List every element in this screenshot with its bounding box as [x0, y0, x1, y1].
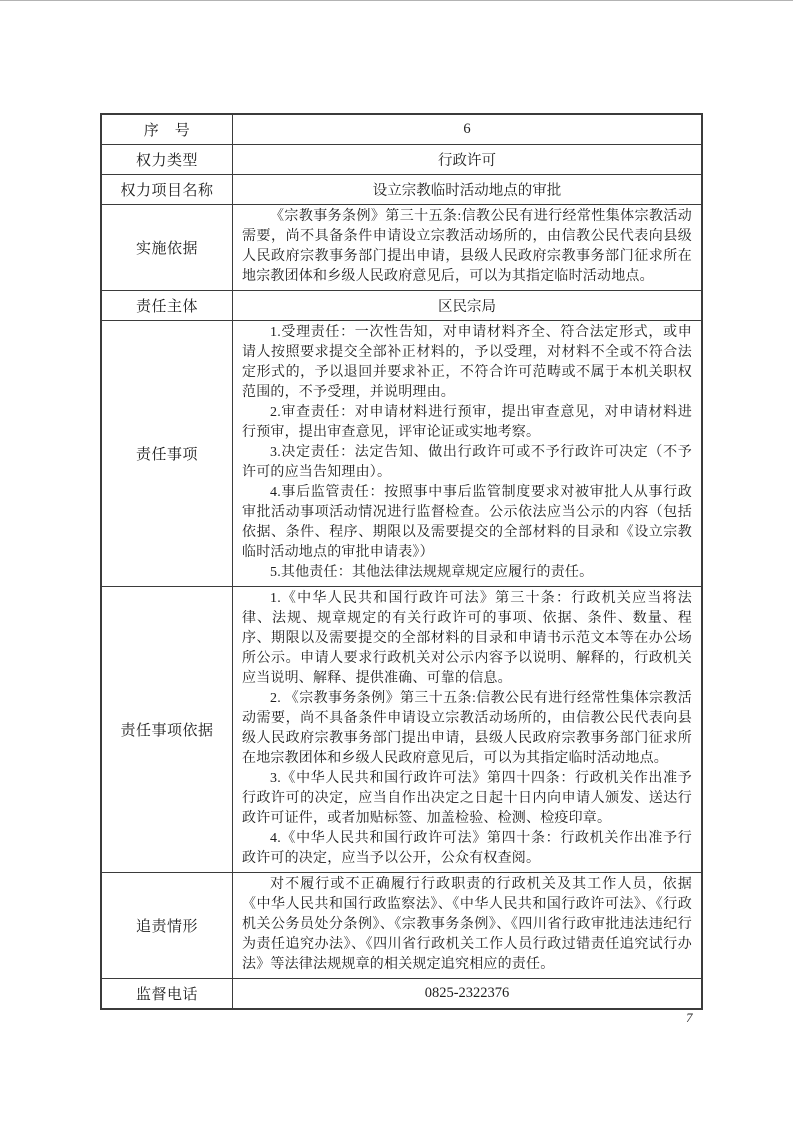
table-row-power-item-name: 权力项目名称 设立宗教临时活动地点的审批 [101, 175, 702, 205]
implementation-basis-content: 《宗教事务条例》第三十五条:信教公民有进行经常性集体宗教活动需要，尚不具备条件申… [233, 205, 703, 291]
paragraph: 对不履行或不正确履行行政职责的行政机关及其工作人员，依据《中华人民共和国行政监察… [242, 875, 692, 975]
responsibility-items-content: 1.受理责任：一次性告知，对申请材料齐全、符合法定形式，或申请人按照要求提交全部… [233, 321, 703, 587]
row-label-power-item-name: 权力项目名称 [101, 175, 233, 205]
accountability-situations-content: 对不履行或不正确履行行政职责的行政机关及其工作人员，依据《中华人民共和国行政监察… [233, 873, 703, 979]
paragraph: 5.其他责任：其他法律法规规章规定应履行的责任。 [242, 563, 692, 583]
paragraph: 3.《中华人民共和国行政许可法》第四十四条：行政机关作出准予行政许可的决定，应当… [242, 769, 692, 829]
row-label-serial-number: 序 号 [101, 114, 233, 145]
paragraph: 1.受理责任：一次性告知，对申请材料齐全、符合法定形式，或申请人按照要求提交全部… [242, 323, 692, 403]
table-row-responsible-entity: 责任主体 区民宗局 [101, 291, 702, 321]
table-row-supervision-phone: 监督电话 0825-2322376 [101, 979, 702, 1010]
table-row-responsibility-basis: 责任事项依据 1.《中华人民共和国行政许可法》第三十条：行政机关应当将法律、法规… [101, 587, 702, 873]
power-duty-table: 序 号 6 权力类型 行政许可 权力项目名称 设立宗教临时活动地点的审批 实施依… [100, 113, 703, 1010]
paragraph: 1.《中华人民共和国行政许可法》第三十条：行政机关应当将法律、法规、规章规定的有… [242, 589, 692, 689]
paragraph: 2.审查责任：对申请材料进行预审，提出审查意见，对申请材料进行预审，提出审查意见… [242, 403, 692, 443]
power-type-value: 行政许可 [233, 145, 703, 175]
table-row-responsibility-items: 责任事项 1.受理责任：一次性告知，对申请材料齐全、符合法定形式，或申请人按照要… [101, 321, 702, 587]
paragraph: 《宗教事务条例》第三十五条:信教公民有进行经常性集体宗教活动需要，尚不具备条件申… [242, 207, 692, 287]
row-label-responsibility-items: 责任事项 [101, 321, 233, 587]
serial-number-value: 6 [233, 114, 703, 145]
table-row-implementation-basis: 实施依据 《宗教事务条例》第三十五条:信教公民有进行经常性集体宗教活动需要，尚不… [101, 205, 702, 291]
row-label-implementation-basis: 实施依据 [101, 205, 233, 291]
row-label-responsibility-basis: 责任事项依据 [101, 587, 233, 873]
row-label-supervision-phone: 监督电话 [101, 979, 233, 1010]
power-item-name-value: 设立宗教临时活动地点的审批 [233, 175, 703, 205]
paragraph: 4.事后监管责任：按照事中事后监管制度要求对被审批人从事行政审批活动事项活动情况… [242, 483, 692, 563]
table-row-power-type: 权力类型 行政许可 [101, 145, 702, 175]
page-number: 7 [686, 1010, 693, 1026]
page-top-edge [0, 0, 793, 1]
supervision-phone-value: 0825-2322376 [233, 979, 703, 1010]
table-row-accountability-situations: 追责情形 对不履行或不正确履行行政职责的行政机关及其工作人员，依据《中华人民共和… [101, 873, 702, 979]
paragraph: 2. 《宗教事务条例》第三十五条:信教公民有进行经常性集体宗教活动需要，尚不具备… [242, 689, 692, 769]
row-label-accountability-situations: 追责情形 [101, 873, 233, 979]
responsible-entity-value: 区民宗局 [233, 291, 703, 321]
paragraph: 4.《中华人民共和国行政许可法》第四十条：行政机关作出准予行政许可的决定，应当予… [242, 829, 692, 869]
row-label-responsible-entity: 责任主体 [101, 291, 233, 321]
row-label-power-type: 权力类型 [101, 145, 233, 175]
responsibility-basis-content: 1.《中华人民共和国行政许可法》第三十条：行政机关应当将法律、法规、规章规定的有… [233, 587, 703, 873]
table-row-serial-number: 序 号 6 [101, 114, 702, 145]
paragraph: 3.决定责任：法定告知、做出行政许可或不予行政许可决定（不予许可的应当告知理由）… [242, 443, 692, 483]
